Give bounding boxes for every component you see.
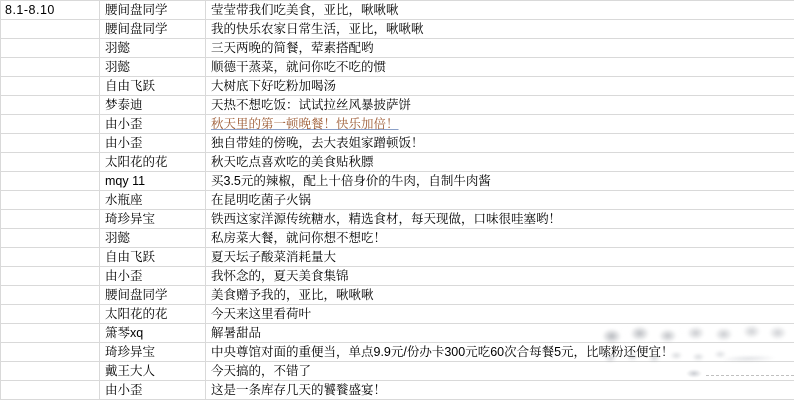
table-row: 水瓶座在昆明吃菌子火锅	[1, 191, 794, 210]
table-row: 自由飞跃夏天坛子酸菜消耗量大	[1, 248, 794, 267]
spreadsheet: 8.1-8.10腰间盘同学莹莹带我们吃美食，亚比，啾啾啾腰间盘同学我的快乐农家日…	[0, 0, 794, 401]
content-table: 8.1-8.10腰间盘同学莹莹带我们吃美食，亚比，啾啾啾腰间盘同学我的快乐农家日…	[0, 0, 794, 400]
content-cell[interactable]: 夏天坛子酸菜消耗量大	[206, 248, 794, 267]
date-cell[interactable]	[1, 324, 100, 343]
table-row: 腰间盘同学我的快乐农家日常生活，亚比，啾啾啾	[1, 20, 794, 39]
table-row: 羽懿顺德干蒸菜，就问你吃不吃的惯	[1, 58, 794, 77]
content-cell[interactable]: 今天搞的，不错了	[206, 362, 794, 381]
content-cell[interactable]: 顺德干蒸菜，就问你吃不吃的惯	[206, 58, 794, 77]
date-cell[interactable]	[1, 286, 100, 305]
date-cell[interactable]	[1, 267, 100, 286]
username-cell[interactable]: 太阳花的花	[100, 305, 206, 324]
table-row: 由小歪秋天里的第一顿晚餐！快乐加倍！	[1, 115, 794, 134]
date-cell[interactable]	[1, 172, 100, 191]
content-cell[interactable]: 美食赠予我的，亚比，啾啾啾	[206, 286, 794, 305]
table-row: 腰间盘同学美食赠予我的，亚比，啾啾啾	[1, 286, 794, 305]
table-row: 由小歪我怀念的，夏天美食集锦	[1, 267, 794, 286]
content-cell[interactable]: 买3.5元的辣椒，配上十倍身价的牛肉，自制牛肉酱	[206, 172, 794, 191]
table-row: 自由飞跃大树底下好吃粉加喝汤	[1, 77, 794, 96]
date-cell[interactable]	[1, 210, 100, 229]
date-cell[interactable]	[1, 58, 100, 77]
content-cell[interactable]: 莹莹带我们吃美食，亚比，啾啾啾	[206, 1, 794, 20]
date-cell[interactable]	[1, 77, 100, 96]
username-cell[interactable]: 箫琴xq	[100, 324, 206, 343]
username-cell[interactable]: 腰间盘同学	[100, 1, 206, 20]
username-cell[interactable]: 由小歪	[100, 115, 206, 134]
date-cell[interactable]	[1, 191, 100, 210]
table-row: 戴王大人今天搞的，不错了	[1, 362, 794, 381]
table-row: 琦珍异宝中央尊馆对面的重便当，单点9.9元/份办卡300元吃60次合每餐5元，比…	[1, 343, 794, 362]
date-cell[interactable]	[1, 153, 100, 172]
table-row: 由小歪独自带娃的傍晚，去大表姐家蹭顿饭！	[1, 134, 794, 153]
username-cell[interactable]: 自由飞跃	[100, 248, 206, 267]
date-cell[interactable]	[1, 248, 100, 267]
date-cell[interactable]	[1, 96, 100, 115]
content-cell[interactable]: 中央尊馆对面的重便当，单点9.9元/份办卡300元吃60次合每餐5元，比嗦粉还便…	[206, 343, 794, 362]
content-cell[interactable]: 在昆明吃菌子火锅	[206, 191, 794, 210]
date-cell[interactable]	[1, 305, 100, 324]
content-cell[interactable]: 天热不想吃饭：试试拉丝风暴披萨饼	[206, 96, 794, 115]
table-row: mqy 11买3.5元的辣椒，配上十倍身价的牛肉，自制牛肉酱	[1, 172, 794, 191]
date-cell[interactable]	[1, 343, 100, 362]
table-row: 由小歪这是一条库存几天的饕餮盛宴！	[1, 381, 794, 400]
username-cell[interactable]: 戴王大人	[100, 362, 206, 381]
table-row: 羽懿私房菜大餐，就问你想不想吃！	[1, 229, 794, 248]
content-cell[interactable]: 今天来这里看荷叶	[206, 305, 794, 324]
username-cell[interactable]: 由小歪	[100, 134, 206, 153]
table-body: 8.1-8.10腰间盘同学莹莹带我们吃美食，亚比，啾啾啾腰间盘同学我的快乐农家日…	[1, 1, 794, 400]
username-cell[interactable]: 羽懿	[100, 58, 206, 77]
username-cell[interactable]: mqy 11	[100, 172, 206, 191]
table-row: 太阳花的花秋天吃点喜欢吃的美食贴秋膘	[1, 153, 794, 172]
date-cell[interactable]	[1, 134, 100, 153]
content-cell[interactable]: 大树底下好吃粉加喝汤	[206, 77, 794, 96]
date-cell[interactable]	[1, 381, 100, 400]
content-cell[interactable]: 这是一条库存几天的饕餮盛宴！	[206, 381, 794, 400]
date-cell[interactable]	[1, 362, 100, 381]
content-cell[interactable]: 我怀念的，夏天美食集锦	[206, 267, 794, 286]
content-cell[interactable]: 秋天吃点喜欢吃的美食贴秋膘	[206, 153, 794, 172]
table-row: 箫琴xq解暑甜品	[1, 324, 794, 343]
username-cell[interactable]: 自由飞跃	[100, 77, 206, 96]
table-row: 琦珍异宝铁西这家洋源传统糖水，精选食材，每天现做，口味很哇塞哟！	[1, 210, 794, 229]
username-cell[interactable]: 琦珍异宝	[100, 210, 206, 229]
table-row: 8.1-8.10腰间盘同学莹莹带我们吃美食，亚比，啾啾啾	[1, 1, 794, 20]
content-cell[interactable]: 独自带娃的傍晚，去大表姐家蹭顿饭！	[206, 134, 794, 153]
username-cell[interactable]: 羽懿	[100, 39, 206, 58]
content-cell[interactable]: 我的快乐农家日常生活，亚比，啾啾啾	[206, 20, 794, 39]
username-cell[interactable]: 羽懿	[100, 229, 206, 248]
date-cell[interactable]	[1, 229, 100, 248]
username-cell[interactable]: 腰间盘同学	[100, 286, 206, 305]
username-cell[interactable]: 由小歪	[100, 267, 206, 286]
username-cell[interactable]: 琦珍异宝	[100, 343, 206, 362]
content-cell[interactable]: 解暑甜品	[206, 324, 794, 343]
content-cell[interactable]: 铁西这家洋源传统糖水，精选食材，每天现做，口味很哇塞哟！	[206, 210, 794, 229]
date-cell[interactable]: 8.1-8.10	[1, 1, 100, 20]
date-cell[interactable]	[1, 39, 100, 58]
date-cell[interactable]	[1, 20, 100, 39]
username-cell[interactable]: 梦泰迪	[100, 96, 206, 115]
content-cell[interactable]: 秋天里的第一顿晚餐！快乐加倍！	[206, 115, 794, 134]
date-cell[interactable]	[1, 115, 100, 134]
content-cell[interactable]: 私房菜大餐，就问你想不想吃！	[206, 229, 794, 248]
table-row: 梦泰迪天热不想吃饭：试试拉丝风暴披萨饼	[1, 96, 794, 115]
table-row: 羽懿三天两晚的简餐，荤素搭配哟	[1, 39, 794, 58]
username-cell[interactable]: 腰间盘同学	[100, 20, 206, 39]
table-row: 太阳花的花今天来这里看荷叶	[1, 305, 794, 324]
username-cell[interactable]: 由小歪	[100, 381, 206, 400]
content-cell[interactable]: 三天两晚的简餐，荤素搭配哟	[206, 39, 794, 58]
username-cell[interactable]: 太阳花的花	[100, 153, 206, 172]
username-cell[interactable]: 水瓶座	[100, 191, 206, 210]
